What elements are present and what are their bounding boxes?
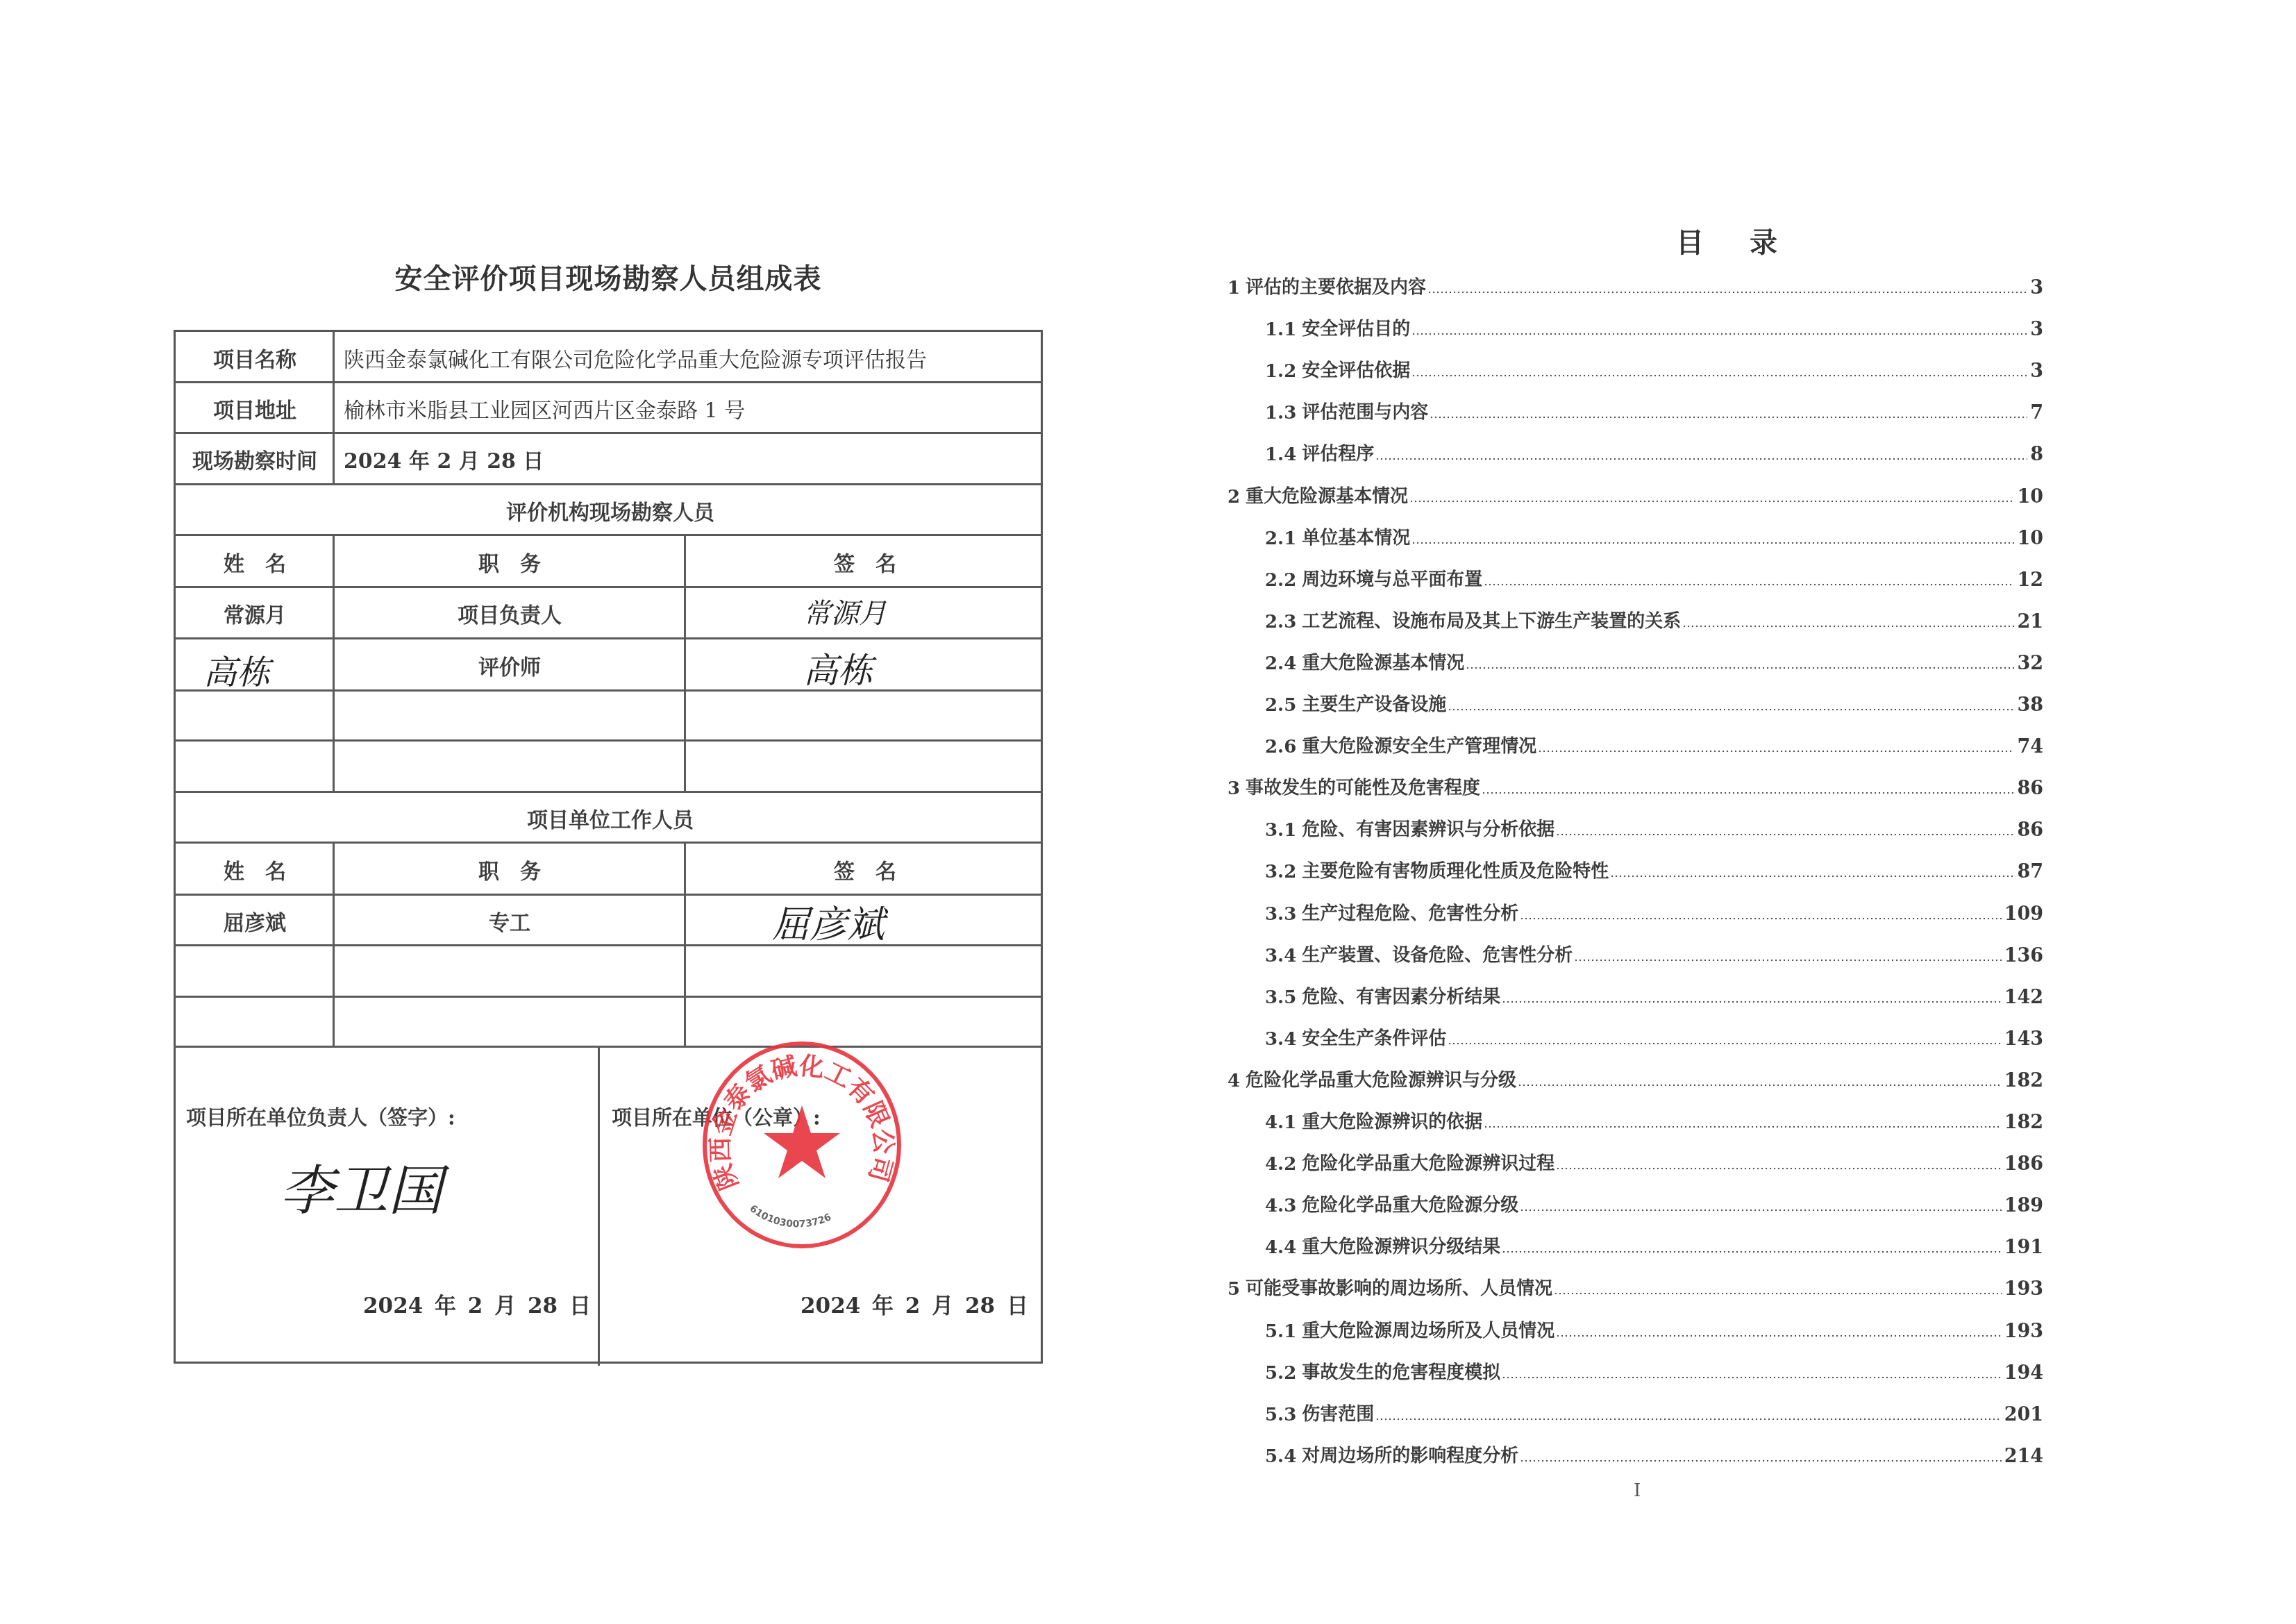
toc-entry[interactable]: 1评估的主要依据及内容3 [1227, 271, 2043, 299]
leader-signature: 李卫国 [280, 1148, 442, 1225]
toc-entry-number: 4.3 [1265, 1196, 1296, 1216]
signature: 高栋 [803, 643, 873, 693]
toc-entry-page: 201 [2004, 1404, 2043, 1425]
toc-entry[interactable]: 2.3工艺流程、设施布局及其上下游生产装置的关系21 [1265, 605, 2043, 633]
toc-entry-title: 主要生产设备设施 [1302, 690, 1446, 716]
column-header: 姓名 [176, 535, 334, 587]
toc-entry-page: 21 [2017, 611, 2043, 633]
toc-entry-title: 重大危险源基本情况 [1246, 482, 1408, 508]
toc-entry-number: 4.4 [1265, 1237, 1296, 1258]
dot-leader [1448, 1042, 2001, 1045]
dot-leader [1520, 1459, 2001, 1462]
toc-entry-number: 2.3 [1265, 612, 1296, 633]
column-header: 职务 [334, 843, 685, 895]
toc-entry-number: 3.5 [1265, 987, 1296, 1008]
person-position [334, 997, 685, 1047]
toc-entry-number: 4.2 [1265, 1154, 1296, 1175]
unit-section-heading: 项目单位工作人员 [176, 792, 1045, 843]
toc-entry[interactable]: 1.2安全评估依据3 [1265, 354, 2043, 382]
person-name [176, 946, 334, 997]
toc-entry-title: 危险、有害因素分析结果 [1302, 982, 1500, 1008]
toc-entry-number: 4.1 [1265, 1112, 1296, 1133]
toc-entry[interactable]: 2.6重大危险源安全生产管理情况74 [1265, 730, 2043, 757]
toc-entry-page: 10 [2017, 528, 2043, 549]
toc-entry-page: 143 [2004, 1028, 2043, 1050]
dot-leader [1518, 1084, 2002, 1087]
toc-entry[interactable]: 4危险化学品重大危险源辨识与分级182 [1227, 1064, 2043, 1091]
toc-entry-page: 38 [2017, 694, 2043, 716]
toc-entry-number: 1.3 [1265, 403, 1296, 424]
toc-entry-title: 重大危险源周边场所及人员情况 [1302, 1316, 1555, 1342]
toc-entry-page: 182 [2004, 1070, 2043, 1091]
table-of-contents-page: 目 录 1评估的主要依据及内容31.1安全评估目的31.2安全评估依据31.3评… [1148, 0, 2296, 1624]
star-icon [764, 1105, 840, 1178]
toc-entry-number: 2.1 [1265, 528, 1296, 549]
toc-entry-title: 周边环境与总平面布置 [1302, 565, 1482, 591]
survey-personnel-page: 安全评价项目现场勘察人员组成表 项目名称陕西金泰氯碱化工有限公司危险化学品重大危… [0, 0, 1148, 1624]
dot-leader [1538, 750, 2014, 753]
person-position: 评价师 [334, 639, 685, 691]
dot-leader [1484, 1125, 2001, 1128]
toc-entry-number: 3.4 [1265, 1029, 1296, 1050]
person-position: 项目负责人 [334, 587, 685, 639]
dot-leader [1375, 458, 2027, 460]
toc-entry-title: 可能受事故影响的周边场所、人员情况 [1246, 1274, 1552, 1300]
toc-entry[interactable]: 4.1重大危险源辨识的依据182 [1265, 1105, 2043, 1133]
toc-entry-title: 危险化学品重大危险源分级 [1302, 1191, 1518, 1216]
page-number: I [1634, 1480, 1641, 1501]
toc-entry-number: 2 [1227, 487, 1240, 508]
toc-entry-page: 109 [2004, 903, 2043, 925]
info-value: 榆林市米脂县工业园区河西片区金泰路 1 号 [334, 383, 1041, 433]
toc-entry-title: 评估的主要依据及内容 [1246, 273, 1426, 299]
dot-leader [1554, 1292, 2002, 1295]
toc-entry-page: 3 [2030, 360, 2043, 382]
toc-entry[interactable]: 1.3评估范围与内容7 [1265, 396, 2043, 424]
person-name: 屈彦斌 [176, 895, 334, 946]
toc-entry[interactable]: 3.4生产装置、设备危险、危害性分析136 [1265, 939, 2043, 966]
toc-entry-title: 生产过程危险、危害性分析 [1302, 899, 1518, 925]
toc-entry-page: 136 [2004, 945, 2043, 966]
dot-leader [1430, 416, 2027, 419]
dot-leader [1574, 959, 2001, 962]
dot-leader [1482, 792, 2014, 794]
person-name [176, 691, 334, 741]
toc-entry-number: 3.4 [1265, 946, 1296, 966]
toc-entry-page: 8 [2030, 444, 2043, 465]
dot-leader [1427, 291, 2027, 294]
person-name: 高栋 [203, 646, 270, 694]
toc-entry-title: 危险、有害因素辨识与分析依据 [1302, 815, 1555, 841]
column-header: 姓名 [176, 843, 334, 895]
toc-entry[interactable]: 3.1危险、有害因素辨识与分析依据86 [1265, 813, 2043, 841]
toc-entry-number: 5.4 [1265, 1446, 1296, 1467]
toc-entry-number: 1 [1227, 278, 1240, 299]
toc-entry-page: 32 [2017, 653, 2043, 674]
dot-leader [1556, 833, 2014, 836]
toc-entry-page: 193 [2004, 1321, 2043, 1342]
toc-entry[interactable]: 3.4安全生产条件评估143 [1265, 1022, 2043, 1050]
toc-entry-number: 3 [1227, 778, 1240, 799]
toc-entry-number: 1.4 [1265, 444, 1296, 465]
dot-leader [1448, 708, 2014, 711]
toc-entry-title: 危险化学品重大危险源辨识过程 [1302, 1149, 1555, 1175]
toc-entry-number: 2.2 [1265, 570, 1296, 591]
toc-entry-title: 生产装置、设备危险、危害性分析 [1302, 941, 1573, 966]
seal-icon: 陕西金泰氯碱化工有限公司 6101030073726 [696, 1039, 907, 1250]
dot-leader [1375, 1418, 2001, 1421]
toc-entry-page: 3 [2030, 319, 2043, 340]
toc-entry-page: 194 [2004, 1362, 2043, 1384]
toc-entry-title: 单位基本情况 [1302, 524, 1410, 549]
toc-entry-page: 7 [2030, 402, 2043, 424]
toc-entry-title: 事故发生的危害程度模拟 [1302, 1358, 1500, 1384]
toc-entry-number: 5.1 [1265, 1321, 1296, 1342]
toc-entry[interactable]: 3.5危险、有害因素分析结果142 [1265, 980, 2043, 1008]
toc-entry-title: 工艺流程、设施布局及其上下游生产装置的关系 [1302, 607, 1681, 633]
toc-entry-page: 214 [2004, 1446, 2043, 1467]
toc-entry-title: 对周边场所的影响程度分析 [1302, 1441, 1518, 1467]
toc-entry-page: 87 [2017, 861, 2043, 882]
toc-entry-page: 86 [2017, 778, 2043, 799]
toc-entry[interactable]: 2.1单位基本情况10 [1265, 521, 2043, 549]
toc-entry-title: 安全评估目的 [1302, 315, 1410, 340]
toc-entry-number: 2.4 [1265, 653, 1296, 674]
company-seal-stamp: 陕西金泰氯碱化工有限公司 6101030073726 [696, 1039, 907, 1250]
toc-entry[interactable]: 5.4对周边场所的影响程度分析214 [1265, 1439, 2043, 1467]
svg-text:6101030073726: 6101030073726 [747, 1203, 832, 1230]
toc-entry-number: 5 [1227, 1279, 1240, 1300]
toc-entry-page: 3 [2030, 277, 2043, 299]
toc-entry-page: 12 [2017, 569, 2043, 591]
leader-signature-label: 项目所在单位负责人（签字）: [186, 1103, 455, 1131]
person-name [176, 741, 334, 792]
dot-leader [1466, 667, 2014, 669]
dot-leader [1409, 500, 2014, 503]
seal-code: 6101030073726 [747, 1203, 832, 1230]
toc-entry-title: 评估程序 [1302, 440, 1374, 465]
dot-leader [1556, 1167, 2001, 1170]
dot-leader [1411, 374, 2027, 377]
toc-entry[interactable]: 5.1重大危险源周边场所及人员情况193 [1265, 1314, 2043, 1342]
column-header: 职务 [334, 535, 685, 587]
toc-entry[interactable]: 2.4重大危险源基本情况32 [1265, 646, 2043, 674]
toc-entry-title: 安全生产条件评估 [1302, 1024, 1446, 1050]
toc-entry-number: 2.5 [1265, 695, 1296, 716]
toc-entry-title: 主要危险有害物质理化性质及危险特性 [1302, 857, 1609, 882]
toc-entry-title: 评估范围与内容 [1302, 398, 1428, 424]
toc-entry-page: 10 [2017, 486, 2043, 508]
toc-entry-title: 重大危险源辨识的依据 [1302, 1107, 1482, 1133]
dot-leader [1484, 583, 2014, 586]
toc-entry-number: 4 [1227, 1071, 1240, 1091]
personnel-table: 项目名称陕西金泰氯碱化工有限公司危险化学品重大危险源专项评估报告项目地址榆林市米… [174, 330, 1043, 1364]
toc-entry-number: 1.1 [1265, 319, 1296, 340]
toc-entry-page: 182 [2004, 1112, 2043, 1133]
toc-entry[interactable]: 3.2主要危险有害物质理化性质及危险特性87 [1265, 855, 2043, 882]
dot-leader [1520, 917, 2001, 920]
person-name [176, 997, 334, 1047]
info-label: 项目名称 [176, 332, 334, 383]
toc-entry[interactable]: 1.4评估程序8 [1265, 437, 2043, 465]
person-position [334, 946, 685, 997]
info-value: 陕西金泰氯碱化工有限公司危险化学品重大危险源专项评估报告 [334, 332, 1041, 383]
toc-entry-title: 伤害范围 [1302, 1400, 1374, 1425]
seal-date: 2024 年 2 月 28 日 [801, 1288, 1028, 1319]
toc-entry[interactable]: 2重大危险源基本情况10 [1227, 480, 2043, 508]
toc-entry-page: 142 [2004, 987, 2043, 1008]
toc-entry-page: 186 [2004, 1153, 2043, 1175]
dot-leader [1411, 542, 2014, 544]
info-label: 项目地址 [176, 383, 334, 433]
toc-entry-page: 191 [2004, 1237, 2043, 1258]
dot-leader [1610, 875, 2014, 878]
toc-entry-title: 事故发生的可能性及危害程度 [1246, 773, 1480, 799]
dot-leader [1411, 333, 2027, 335]
toc-entry[interactable]: 3.3生产过程危险、危害性分析109 [1265, 897, 2043, 925]
signature: 屈彦斌 [772, 895, 885, 948]
toc-entry-number: 3.2 [1265, 862, 1296, 882]
toc-entry[interactable]: 4.3危险化学品重大危险源分级189 [1265, 1189, 2043, 1216]
person-position [334, 741, 685, 792]
toc-entry[interactable]: 4.4重大危险源辨识分级结果191 [1265, 1230, 2043, 1258]
toc-entry-number: 2.6 [1265, 737, 1296, 757]
column-header: 签名 [685, 843, 1045, 895]
toc-entry[interactable]: 1.1安全评估目的3 [1265, 312, 2043, 340]
toc-entry-title: 重大危险源基本情况 [1302, 648, 1464, 674]
table-rule [598, 1047, 600, 1366]
dot-leader [1502, 1376, 2001, 1379]
person-name: 常源月 [176, 587, 334, 639]
info-value: 2024 年 2 月 28 日 [334, 433, 1041, 485]
evaluator-section-heading: 评价机构现场勘察人员 [176, 485, 1045, 535]
toc-entry-number: 1.2 [1265, 361, 1296, 382]
toc-entry-page: 74 [2017, 736, 2043, 757]
toc-entry-page: 189 [2004, 1195, 2043, 1216]
column-header: 签名 [685, 535, 1045, 587]
toc-entry-title: 重大危险源安全生产管理情况 [1302, 732, 1536, 757]
dot-leader [1502, 1250, 2001, 1253]
toc-entry[interactable]: 4.2危险化学品重大危险源辨识过程186 [1265, 1147, 2043, 1175]
toc-entry-title: 安全评估依据 [1302, 356, 1410, 382]
leader-sign-date: 2024 年 2 月 28 日 [363, 1288, 591, 1319]
info-label: 现场勘察时间 [176, 433, 334, 485]
toc-entry-page: 193 [2004, 1278, 2043, 1300]
toc-entry[interactable]: 2.2周边环境与总平面布置12 [1265, 563, 2043, 591]
dot-leader [1556, 1334, 2001, 1337]
toc-entry-number: 3.1 [1265, 820, 1296, 841]
dot-leader [1502, 1001, 2001, 1003]
dot-leader [1520, 1209, 2001, 1212]
toc-entry-number: 3.3 [1265, 904, 1296, 925]
dot-leader [1682, 625, 2014, 628]
signature: 常源月 [803, 592, 887, 631]
toc-entry-title: 危险化学品重大危险源辨识与分级 [1246, 1066, 1516, 1091]
toc-entry[interactable]: 5.3伤害范围201 [1265, 1398, 2043, 1425]
toc-entry-number: 5.3 [1265, 1405, 1296, 1425]
toc-title: 目 录 [1148, 221, 2296, 260]
person-position: 专工 [334, 895, 685, 946]
page-title: 安全评价项目现场勘察人员组成表 [174, 257, 1043, 296]
person-position [334, 691, 685, 741]
toc-entry[interactable]: 5.2事故发生的危害程度模拟194 [1265, 1356, 2043, 1384]
toc-entry[interactable]: 3事故发生的可能性及危害程度86 [1227, 771, 2043, 799]
toc-entry-page: 86 [2017, 819, 2043, 841]
toc-entry[interactable]: 2.5主要生产设备设施38 [1265, 688, 2043, 716]
toc-entry-number: 5.2 [1265, 1363, 1296, 1384]
toc-entry[interactable]: 5可能受事故影响的周边场所、人员情况193 [1227, 1272, 2043, 1300]
toc-entry-title: 重大危险源辨识分级结果 [1302, 1232, 1500, 1258]
